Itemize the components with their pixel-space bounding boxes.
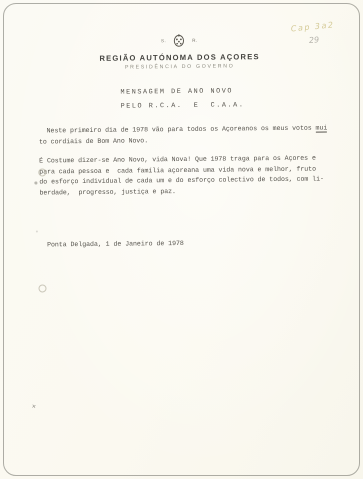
coat-of-arms-icon	[173, 33, 185, 46]
hyphenation-continuation: mui	[315, 124, 327, 132]
paragraph1-line2: to cordiais de Bom Ano Novo.	[39, 137, 148, 145]
dept-name: PRESIDÊNCIA DO GOVERNO	[0, 62, 361, 72]
pencil-x-mark: ×	[31, 403, 35, 410]
letter-content: S. R. REGIÃO AUTÓNOMA DOS AÇORES PRESIDÊ…	[0, 0, 363, 479]
scanned-letter-page: S. R. REGIÃO AUTÓNOMA DOS AÇORES PRESIDÊ…	[0, 0, 363, 479]
paper-speck	[34, 182, 37, 185]
punch-hole-mark	[38, 168, 46, 176]
pencil-page-number: 29	[309, 35, 320, 45]
paragraph2-line4: berdade, progresso, justiça e paz.	[39, 188, 175, 196]
dateline: Ponta Delgada, 1 de Janeiro de 1978	[47, 240, 184, 248]
paragraph2-line3: do esforço individual de cada um e do es…	[39, 176, 324, 186]
letter-title: MENSAGEM DE ANO NOVO	[120, 87, 233, 96]
crest-letter-left: S.	[161, 38, 166, 43]
paragraph2-line2: para cada pessoa e cada família açoreana…	[39, 165, 316, 175]
letterhead-crest-row: S. R.	[0, 31, 361, 49]
letter-subtitle: PELO R.C.A. E C.A.A.	[121, 101, 245, 110]
paragraph1-line1-text: Neste primeiro dia de 1978 vão para todo…	[39, 125, 316, 135]
paper-speck	[36, 231, 38, 233]
punch-hole-mark	[38, 284, 46, 292]
paragraph1-line1: Neste primeiro dia de 1978 vão para todo…	[39, 124, 327, 134]
paragraph2-line1: É Costume dizer-se Ano Novo, vida Nova! …	[39, 155, 316, 165]
crest-letter-right: R.	[192, 37, 198, 42]
